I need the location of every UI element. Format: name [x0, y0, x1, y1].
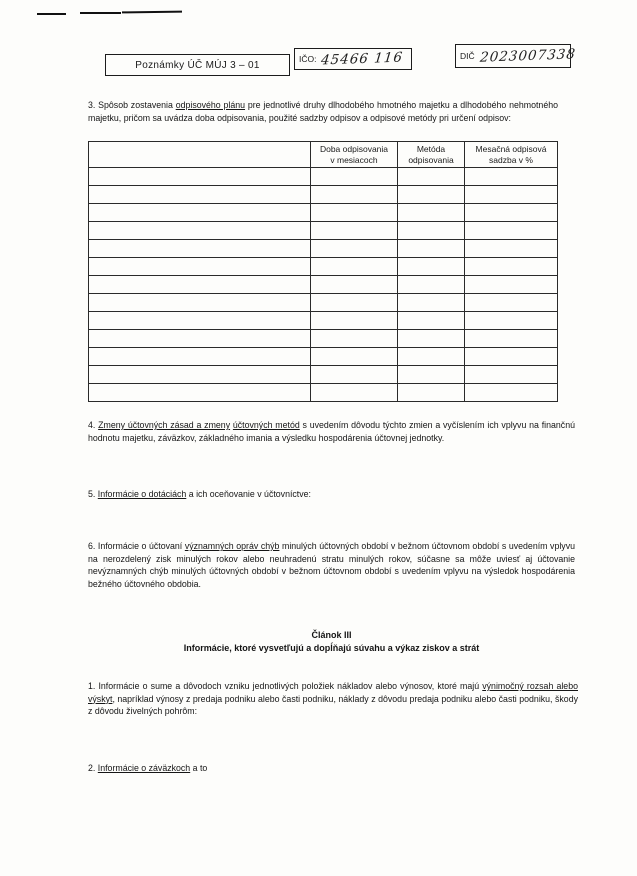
scan-artifact-line: [80, 12, 121, 14]
table-cell: [398, 384, 465, 402]
table-cell: [311, 366, 398, 384]
table-cell: [398, 222, 465, 240]
table-cell: [311, 204, 398, 222]
table-cell: [398, 276, 465, 294]
table-row: [89, 186, 558, 204]
table-cell: [89, 186, 311, 204]
table-cell: [311, 240, 398, 258]
table-row: [89, 240, 558, 258]
table-cell: [89, 222, 311, 240]
depreciation-table-body: [89, 168, 558, 402]
table-cell: [465, 330, 558, 348]
table-cell: [89, 330, 311, 348]
table-cell: [311, 258, 398, 276]
paragraph-4-underlined: účtovných metód: [233, 420, 300, 430]
table-cell: [311, 312, 398, 330]
article-title: Článok III: [88, 629, 575, 642]
table-header-asset: [89, 142, 311, 168]
table-row: [89, 168, 558, 186]
paragraph-2-text: a to: [190, 763, 207, 773]
table-cell: [465, 240, 558, 258]
table-header-metoda: Metóda odpisovania: [398, 142, 465, 168]
paragraph-4-text: 4.: [88, 420, 98, 430]
paragraph-4: 4. Zmeny účtovných zásad a zmeny účtovný…: [88, 419, 575, 444]
table-cell: [311, 186, 398, 204]
table-header-doba-odpisovania: Doba odpisovania v mesiacoch: [311, 142, 398, 168]
table-cell: [465, 222, 558, 240]
table-header-sadzba: Mesačná odpisová sadzba v %: [465, 142, 558, 168]
paragraph-3: 3. Spôsob zostavenia odpisového plánu pr…: [88, 99, 558, 124]
table-cell: [398, 186, 465, 204]
table-cell: [89, 366, 311, 384]
paragraph-3-text: 3. Spôsob zostavenia: [88, 100, 176, 110]
table-cell: [398, 312, 465, 330]
table-row: [89, 222, 558, 240]
table-cell: [398, 366, 465, 384]
table-cell: [89, 294, 311, 312]
form-code-box: Poznámky ÚČ MÚJ 3 – 01: [105, 54, 290, 76]
dic-field: DIČ 2023007338: [455, 44, 571, 68]
article-subtitle: Informácie, ktoré vysvetľujú a dopĺňajú …: [88, 642, 575, 655]
ico-field: IČO: 45466 116: [294, 48, 412, 70]
paragraph-6-underlined: významných opráv chýb: [185, 541, 280, 551]
dic-label: DIČ: [456, 51, 475, 61]
table-header-row: Doba odpisovania v mesiacoch Metóda odpi…: [89, 142, 558, 168]
paragraph-1: 1. Informácie o sume a dôvodoch vzniku j…: [88, 680, 578, 718]
paragraph-3-underlined: odpisového plánu: [176, 100, 245, 110]
table-cell: [465, 168, 558, 186]
table-cell: [89, 258, 311, 276]
paragraph-2-text: 2.: [88, 763, 98, 773]
paragraph-4-underlined: Zmeny účtovných zásad a zmeny: [98, 420, 230, 430]
paragraph-5-text: a ich oceňovanie v účtovníctve:: [186, 489, 311, 499]
table-row: [89, 294, 558, 312]
table-row: [89, 384, 558, 402]
table-row: [89, 258, 558, 276]
table-cell: [311, 222, 398, 240]
table-row: [89, 204, 558, 222]
table-cell: [311, 348, 398, 366]
table-cell: [465, 348, 558, 366]
table-cell: [465, 276, 558, 294]
table-cell: [398, 294, 465, 312]
table-cell: [465, 366, 558, 384]
table-cell: [398, 348, 465, 366]
table-row: [89, 312, 558, 330]
ico-handwritten-value: 45466 116: [321, 50, 405, 69]
paragraph-6-text: 6. Informácie o účtovaní: [88, 541, 185, 551]
scanned-form-page: Poznámky ÚČ MÚJ 3 – 01 IČO: 45466 116 DI…: [0, 0, 637, 876]
table-cell: [398, 258, 465, 276]
table-cell: [465, 312, 558, 330]
table-row: [89, 366, 558, 384]
article-heading: Článok III Informácie, ktoré vysvetľujú …: [88, 629, 575, 654]
paragraph-1-text: , napríklad výnosy z predaja podniku ale…: [88, 694, 578, 717]
paragraph-5-text: 5.: [88, 489, 98, 499]
paragraph-1-text: 1. Informácie o sume a dôvodoch vzniku j…: [88, 681, 482, 691]
table-cell: [311, 384, 398, 402]
table-cell: [311, 276, 398, 294]
table-cell: [465, 294, 558, 312]
paragraph-5: 5. Informácie o dotáciách a ich oceňovan…: [88, 488, 575, 501]
paragraph-2: 2. Informácie o záväzkoch a to: [88, 762, 575, 775]
paragraph-6: 6. Informácie o účtovaní významných oprá…: [88, 540, 575, 590]
depreciation-table: Doba odpisovania v mesiacoch Metóda odpi…: [88, 141, 558, 402]
paragraph-5-underlined: Informácie o dotáciách: [98, 489, 187, 499]
table-cell: [89, 240, 311, 258]
table-row: [89, 330, 558, 348]
table-cell: [89, 384, 311, 402]
table-row: [89, 348, 558, 366]
table-cell: [398, 330, 465, 348]
table-cell: [89, 276, 311, 294]
table-cell: [89, 204, 311, 222]
table-cell: [465, 258, 558, 276]
dic-handwritten-value: 2023007338: [479, 46, 577, 65]
form-code-label: Poznámky ÚČ MÚJ 3 – 01: [106, 60, 289, 71]
table-cell: [398, 204, 465, 222]
table-cell: [465, 204, 558, 222]
table-cell: [89, 312, 311, 330]
scan-artifact-line: [37, 13, 66, 15]
table-cell: [311, 330, 398, 348]
table-cell: [311, 168, 398, 186]
table-cell: [398, 240, 465, 258]
paragraph-2-underlined: Informácie o záväzkoch: [98, 763, 190, 773]
table-cell: [89, 168, 311, 186]
table-cell: [398, 168, 465, 186]
table-cell: [311, 294, 398, 312]
scan-artifact-line: [122, 11, 182, 14]
table-cell: [465, 384, 558, 402]
ico-label: IČO:: [295, 54, 316, 64]
table-row: [89, 276, 558, 294]
table-cell: [89, 348, 311, 366]
table-cell: [465, 186, 558, 204]
